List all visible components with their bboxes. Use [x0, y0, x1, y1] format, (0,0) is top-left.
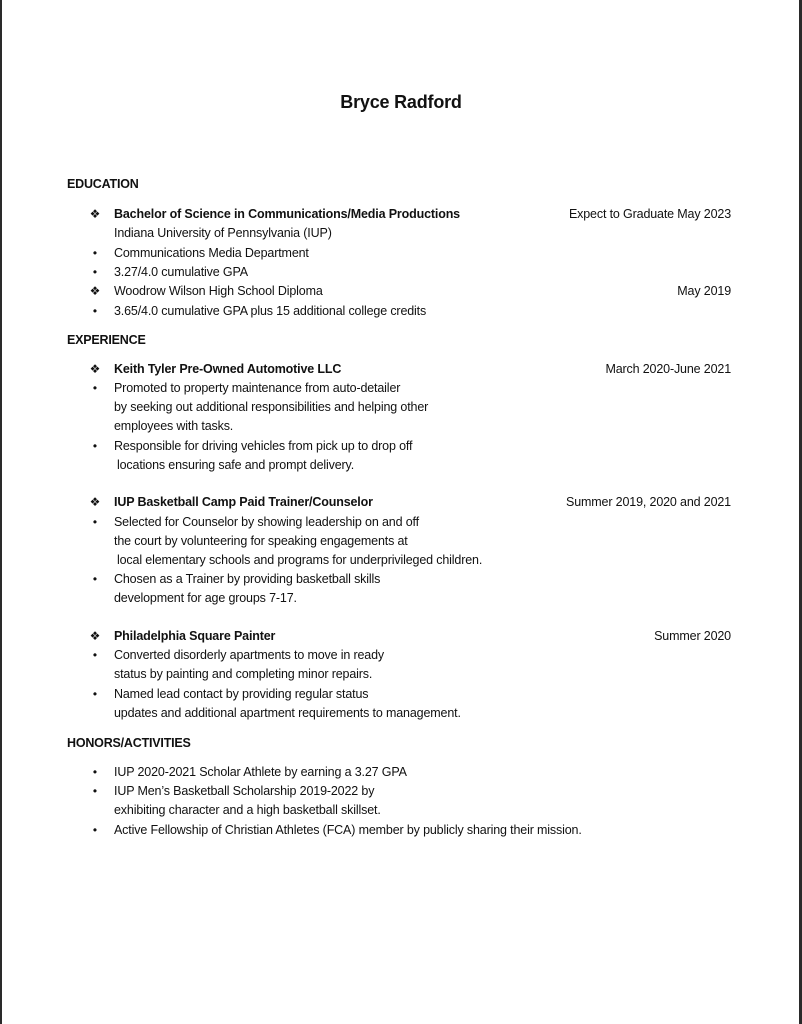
honor-bullet-line: Active Fellowship of Christian Athletes … — [114, 823, 582, 837]
dot-bullet-icon: • — [88, 784, 102, 798]
dot-bullet-icon: • — [88, 515, 102, 529]
dot-bullet-icon: • — [88, 648, 102, 662]
job-bullet-line: Named lead contact by providing regular … — [114, 687, 368, 701]
education-bullet: 3.65/4.0 cumulative GPA plus 15 addition… — [114, 304, 426, 318]
job-date: Summer 2019, 2020 and 2021 — [566, 495, 731, 509]
job-title: IUP Basketball Camp Paid Trainer/Counsel… — [114, 495, 373, 509]
diamond-bullet-icon: ❖ — [88, 284, 102, 298]
job-bullet-line: locations ensuring safe and prompt deliv… — [117, 458, 354, 472]
job-bullet-line: updates and additional apartment require… — [114, 706, 461, 720]
dot-bullet-icon: • — [88, 572, 102, 586]
dot-bullet-icon: • — [88, 246, 102, 260]
education-degree-title: Bachelor of Science in Communications/Me… — [114, 207, 460, 221]
job-title: Philadelphia Square Painter — [114, 629, 275, 643]
job-title: Keith Tyler Pre-Owned Automotive LLC — [114, 362, 341, 376]
job-bullet-line: the court by volunteering for speaking e… — [114, 534, 408, 548]
job-date: March 2020-June 2021 — [605, 362, 731, 376]
job-bullet-line: by seeking out additional responsibiliti… — [114, 400, 428, 414]
dot-bullet-icon: • — [88, 439, 102, 453]
dot-bullet-icon: • — [88, 381, 102, 395]
job-bullet-line: Selected for Counselor by showing leader… — [114, 515, 419, 529]
education-degree-school: Indiana University of Pennsylvania (IUP) — [114, 226, 332, 240]
section-heading-education: EDUCATION — [67, 177, 139, 191]
job-bullet-line: development for age groups 7-17. — [114, 591, 297, 605]
dot-bullet-icon: • — [88, 687, 102, 701]
honor-bullet-line: exhibiting character and a high basketba… — [114, 803, 381, 817]
education-degree-date: Expect to Graduate May 2023 — [569, 207, 731, 221]
resume-page: Bryce Radford EDUCATION ❖ Bachelor of Sc… — [0, 0, 802, 1024]
education-highschool-date: May 2019 — [677, 284, 731, 298]
job-date: Summer 2020 — [654, 629, 731, 643]
education-bullet: 3.27/4.0 cumulative GPA — [114, 265, 248, 279]
honor-bullet-line: IUP 2020-2021 Scholar Athlete by earning… — [114, 765, 407, 779]
section-heading-experience: EXPERIENCE — [67, 333, 146, 347]
dot-bullet-icon: • — [88, 304, 102, 318]
job-bullet-line: Responsible for driving vehicles from pi… — [114, 439, 412, 453]
diamond-bullet-icon: ❖ — [88, 362, 102, 376]
education-highschool-title: Woodrow Wilson High School Diploma — [114, 284, 323, 298]
job-bullet-line: Promoted to property maintenance from au… — [114, 381, 400, 395]
diamond-bullet-icon: ❖ — [88, 207, 102, 221]
education-bullet: Communications Media Department — [114, 246, 309, 260]
job-bullet-line: status by painting and completing minor … — [114, 667, 372, 681]
job-bullet-line: Converted disorderly apartments to move … — [114, 648, 384, 662]
honor-bullet-line: IUP Men’s Basketball Scholarship 2019-20… — [114, 784, 374, 798]
job-bullet-line: employees with tasks. — [114, 419, 233, 433]
section-heading-honors: HONORS/ACTIVITIES — [67, 736, 191, 750]
dot-bullet-icon: • — [88, 265, 102, 279]
resume-name: Bryce Radford — [0, 92, 802, 113]
diamond-bullet-icon: ❖ — [88, 629, 102, 643]
dot-bullet-icon: • — [88, 765, 102, 779]
job-bullet-line: local elementary schools and programs fo… — [117, 553, 482, 567]
job-bullet-line: Chosen as a Trainer by providing basketb… — [114, 572, 380, 586]
dot-bullet-icon: • — [88, 823, 102, 837]
diamond-bullet-icon: ❖ — [88, 495, 102, 509]
